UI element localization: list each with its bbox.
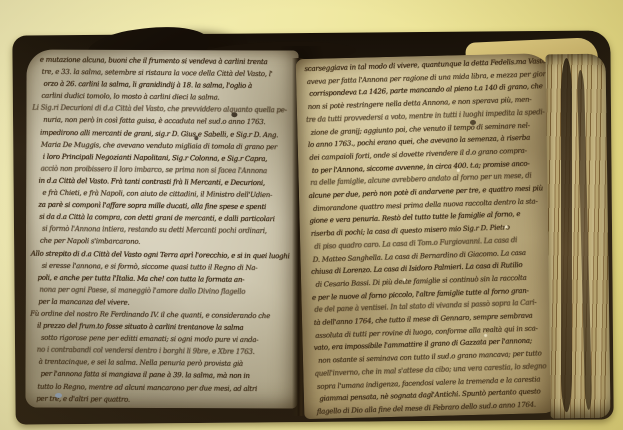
right-page-handwriting: scarseggiava in tal modo di vivere, quan… — [304, 55, 556, 419]
fore-edge-dark-band — [577, 70, 592, 410]
left-manuscript-page: e mutazione alcuna, buoni che il frument… — [25, 50, 298, 409]
ink-blot — [194, 136, 198, 140]
left-page-handwriting: e mutazione alcuna, buoni che il frument… — [36, 54, 298, 407]
ink-blot — [470, 120, 476, 125]
page-block-fore-edge — [545, 54, 610, 419]
manuscript-photo: e mutazione alcuna, buoni che il frument… — [0, 0, 623, 430]
right-manuscript-page: scarseggiava in tal modo di vivere, quan… — [296, 53, 563, 419]
fore-edge-dark-band — [561, 58, 572, 412]
blue-ink-spot — [55, 393, 62, 398]
ink-blot — [231, 112, 237, 117]
